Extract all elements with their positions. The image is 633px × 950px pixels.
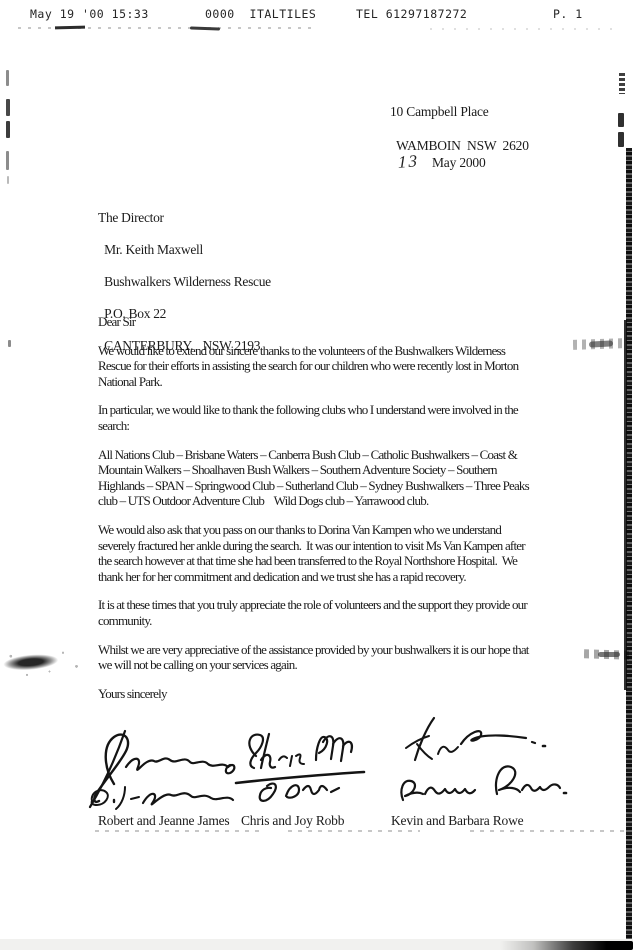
- scan-smudge: [55, 26, 85, 29]
- signatory-name: Chris and Joy Robb: [241, 813, 344, 829]
- scan-mark: [6, 99, 10, 116]
- sender-address: 10 Campbell Place WAMBOIN NSW 2620: [390, 103, 529, 154]
- scanned-letter-page: May 19 '00 15:33 0000 ITALTILES TEL 6129…: [0, 0, 633, 950]
- scan-smudge: [18, 27, 318, 29]
- scan-smudge: [0, 646, 90, 680]
- scan-smudge: [430, 28, 620, 30]
- fax-page-number: P. 1: [553, 7, 583, 21]
- paragraph-van-kampen: We would also ask that you pass on our t…: [98, 522, 534, 584]
- scan-mark: [618, 132, 624, 147]
- scan-smudge: [598, 652, 620, 657]
- signatory-names-row: Robert and Jeanne James Chris and Joy Ro…: [0, 813, 633, 833]
- letter-body: Dear Sir We would like to extend our sin…: [98, 314, 534, 701]
- typed-date: May 2000: [432, 155, 486, 171]
- scan-smudge: [584, 649, 630, 660]
- scan-mark: [7, 176, 9, 184]
- fax-datetime: May 19 '00 15:33: [30, 7, 149, 21]
- paragraph-clubs-intro: In particular, we would like to thank th…: [98, 402, 534, 433]
- scan-smudge: [1, 647, 67, 676]
- salutation: Dear Sir: [98, 314, 534, 330]
- signature-james: [80, 724, 238, 814]
- closing: Yours sincerely: [98, 686, 534, 702]
- scan-mark: [6, 121, 10, 138]
- recipient-line: Mr. Keith Maxwell: [104, 242, 203, 257]
- scan-smudge: [573, 338, 625, 350]
- handwritten-day: 13: [398, 151, 419, 173]
- sender-address-line1: 10 Campbell Place: [390, 104, 489, 119]
- recipient-line: The Director: [98, 210, 164, 225]
- recipient-line: Bushwalkers Wilderness Rescue: [104, 274, 271, 289]
- fax-header: May 19 '00 15:33 0000 ITALTILES TEL 6129…: [0, 7, 633, 23]
- scan-mark: [619, 73, 625, 94]
- paragraph-hope: Whilst we are very appreciative of the a…: [98, 642, 534, 673]
- paragraph-clubs-list: All Nations Club – Brisbane Waters – Can…: [98, 447, 534, 509]
- scan-smudge: [190, 26, 220, 30]
- paragraph-volunteers: It is at these times that you truly appr…: [98, 597, 534, 628]
- signatory-name: Kevin and Barbara Rowe: [391, 813, 523, 829]
- fax-station-id: 0000 ITALTILES: [205, 7, 316, 21]
- scan-smudge: [589, 340, 613, 347]
- scan-corner-mark: [500, 941, 633, 950]
- scan-edge-band: [624, 320, 627, 690]
- scan-mark: [618, 113, 624, 127]
- signature-robb: [230, 728, 370, 808]
- scan-mark: [8, 340, 11, 347]
- signature-rowe: [393, 714, 568, 809]
- scan-mark: [6, 151, 9, 170]
- date-line: 13 May 2000: [398, 152, 419, 178]
- scan-bottom-edge: [0, 939, 633, 950]
- fax-tel-number: TEL 61297187272: [356, 7, 467, 21]
- signatory-name: Robert and Jeanne James: [98, 813, 229, 829]
- paragraph-thanks: We would like to extend our sincere than…: [98, 343, 534, 390]
